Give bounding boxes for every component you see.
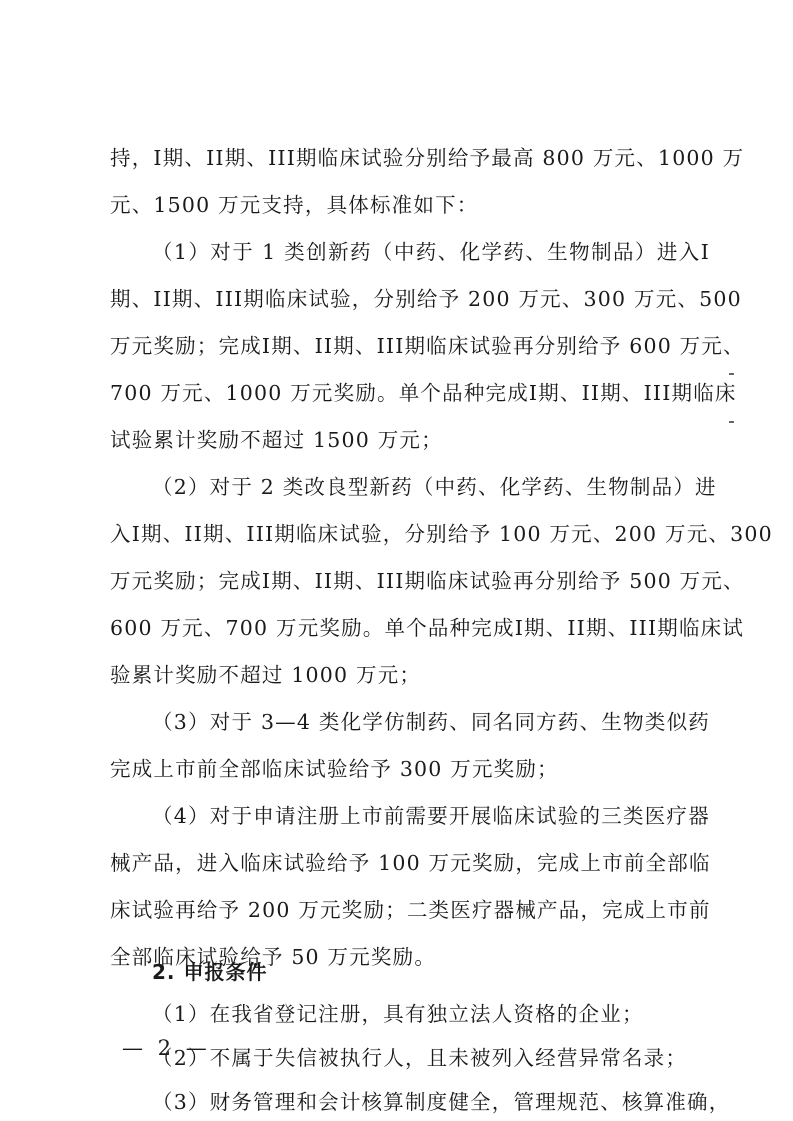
- condition-item: （3）财务管理和会计核算制度健全，管理规范、核算准确，: [152, 1088, 710, 1116]
- margin-mark: [729, 373, 734, 375]
- page-number: — 2 —: [122, 1036, 211, 1060]
- condition-item: （1）在我省登记注册，具有独立法人资格的企业；: [152, 1000, 710, 1028]
- margin-mark: [729, 421, 734, 423]
- condition-item: （2）不属于失信被执行人，且未被列入经营异常名录；: [152, 1044, 710, 1072]
- conditions-block: （1）在我省登记注册，具有独立法人资格的企业； （2）不属于失信被执行人，且未被…: [0, 0, 793, 1121]
